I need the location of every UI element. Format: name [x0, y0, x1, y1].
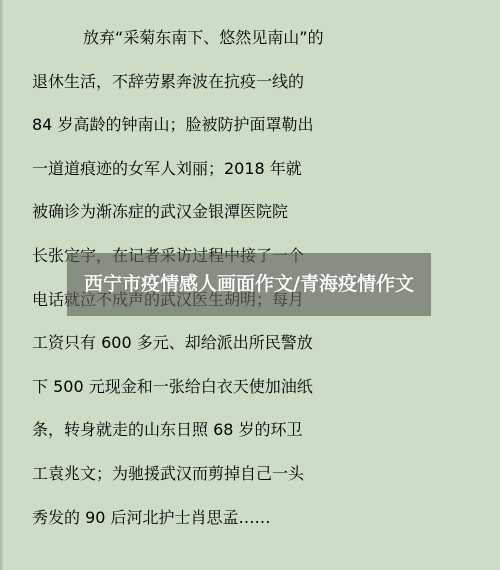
- left-border-rule: [0, 0, 3, 570]
- title-overlay-banner: 西宁市疫情感人画面作文/青海疫情作文: [67, 253, 431, 316]
- article-line: 被确诊为渐冻症的武汉金银潭医院院: [32, 199, 472, 243]
- overlay-title[interactable]: 西宁市疫情感人画面作文/青海疫情作文: [84, 272, 414, 297]
- article-line: 84 岁高龄的钟南山；脸被防护面罩勒出: [32, 112, 472, 156]
- article-line: 秀发的 90 后河北护士肖思孟……: [32, 505, 472, 549]
- article-line: 一道道痕迹的女军人刘丽；2018 年就: [32, 156, 472, 200]
- article-line: 退休生活，不辞劳累奔波在抗疫一线的: [32, 69, 472, 113]
- article-line: 工资只有 600 多元、却给派出所民警放: [32, 330, 472, 374]
- article-line: 放弃“采菊东南下、悠然见南山”的: [32, 25, 472, 69]
- article-line: 条，转身就走的山东日照 68 岁的环卫: [32, 417, 472, 461]
- article-line: 下 500 元现金和一张给白衣天使加油纸: [32, 374, 472, 418]
- article-line: 工袁兆文；为驰援武汉而剪掉自己一头: [32, 461, 472, 505]
